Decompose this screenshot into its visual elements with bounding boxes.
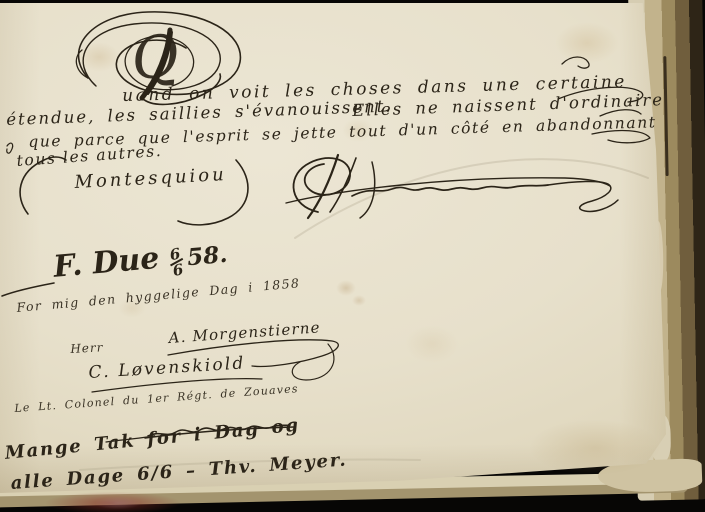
photo-of-album-page: { "quote": { "initial": "Q", "line1": "u… — [0, 0, 705, 512]
line-end-swashes — [7, 57, 650, 153]
attribution-parentheses — [20, 157, 248, 225]
morgenstierne-flourish — [168, 340, 338, 380]
ink-flourishes — [0, 0, 705, 512]
lovenskiold-underline — [92, 379, 262, 392]
crossed-out-signature — [106, 425, 294, 442]
paper-crease — [80, 159, 648, 470]
ornate-initial-flourish — [76, 12, 240, 105]
date-lead-stroke — [2, 283, 54, 296]
main-signature — [286, 155, 618, 218]
